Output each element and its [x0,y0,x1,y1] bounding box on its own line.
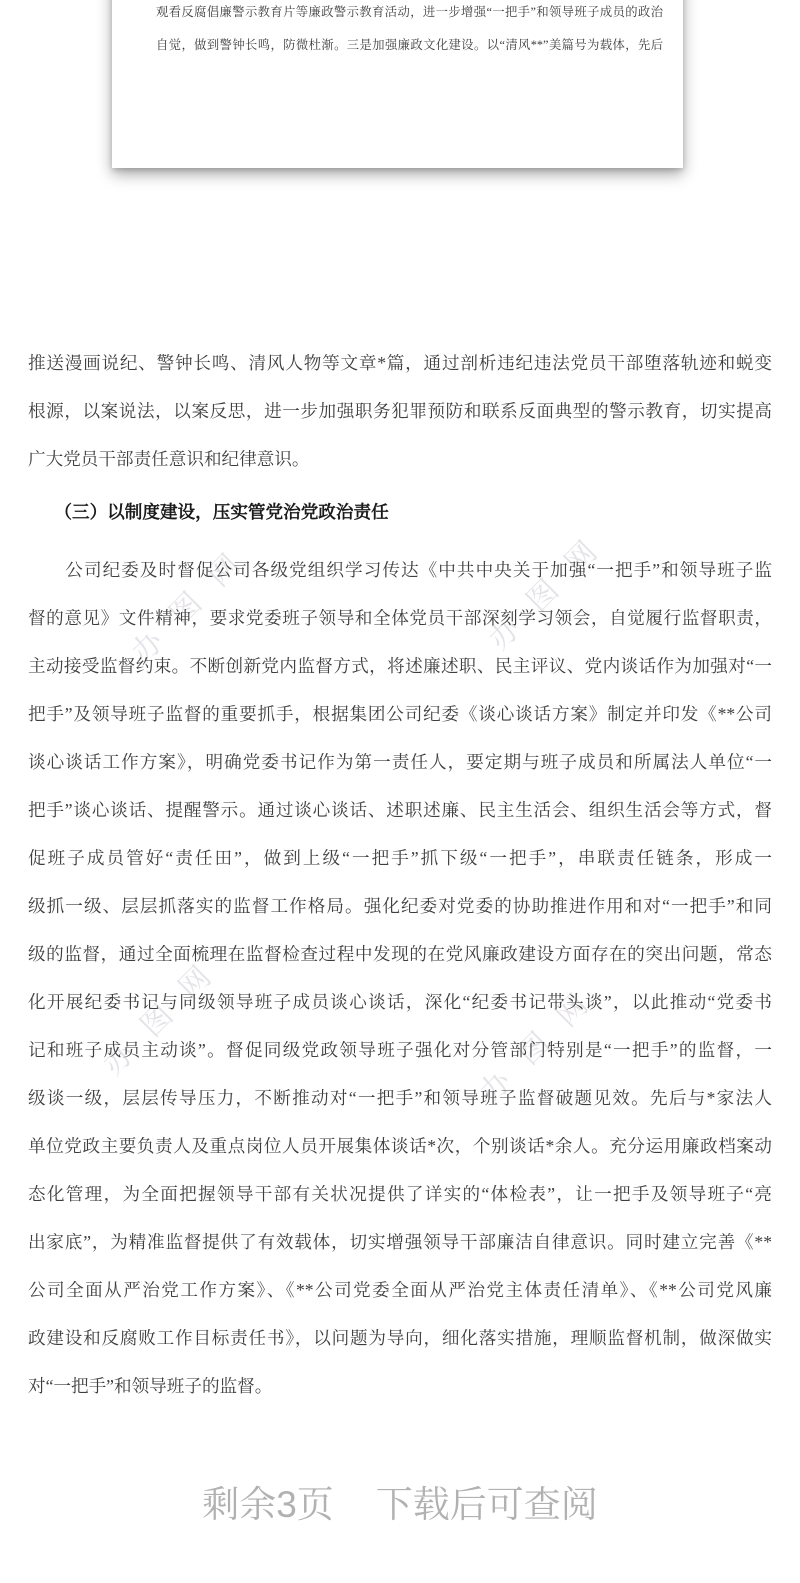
previous-page-text: 观看反腐倡廉警示教育片等廉政警示教育活动，进一步增强“一把手”和领导班子成员的政… [112,0,683,62]
document-text-line: 把手”谈心谈话、提醒警示。通过谈心谈话、述职述廉、民主生活会、组织生活会等方式，… [28,786,772,834]
document-text-line: 级谈一级，层层传导压力，不断推动对“一把手”和领导班子监督破题见效。先后与*家法… [28,1074,772,1122]
document-text-line: 态化管理，为全面把握领导干部有关状况提供了详实的“体检表”，让一把手及领导班子“… [28,1170,772,1218]
preview-text-line: 自觉，做到警钟长鸣，防微杜渐。三是加强廉政文化建设。以“清风**”美篇号为载体，… [156,29,663,62]
document-text-line: 主动接受监督约束。不断创新党内监督方式，将述廉述职、民主评议、党内谈话作为加强对… [28,642,772,690]
previous-page-card: 观看反腐倡廉警示教育片等廉政警示教育活动，进一步增强“一把手”和领导班子成员的政… [112,0,683,168]
document-text-line: 政建设和反腐败工作目标责任书》，以问题为导向，细化落实措施，理顺监督机制，做深做… [28,1314,772,1362]
document-text-line: 根源，以案说法，以案反思，进一步加强职务犯罪预防和联系反面典型的警示教育，切实提… [28,387,772,435]
document-text-line: 谈心谈话工作方案》，明确党委书记作为第一责任人，要定期与班子成员和所属法人单位“… [28,738,772,786]
document-text-line: 推送漫画说纪、警钟长鸣、清风人物等文章*篇，通过剖析违纪违法党员干部堕落轨迹和蜕… [28,339,772,387]
document-text-line: 对“一把手”和领导班子的监督。 [28,1362,772,1410]
document-text-line: 把手”及领导班子监督的重要抓手，根据集团公司纪委《谈心谈话方案》制定并印发《**… [28,690,772,738]
document-text-line: 促班子成员管好“责任田”，做到上级“一把手”抓下级“一把手”，串联责任链条，形成… [28,834,772,882]
preview-text-line: 观看反腐倡廉警示教育片等廉政警示教育活动，进一步增强“一把手”和领导班子成员的政… [156,0,663,29]
document-text-line: 化开展纪委书记与同级领导班子成员谈心谈话，深化“纪委书记带头谈”，以此推动“党委… [28,978,772,1026]
document-body: 推送漫画说纪、警钟长鸣、清风人物等文章*篇，通过剖析违纪违法党员干部堕落轨迹和蜕… [28,339,772,1410]
document-text-line: 级的监督，通过全面梳理在监督检查过程中发现的在党风廉政建设方面存在的突出问题，常… [28,930,772,978]
document-text-line: 广大党员干部责任意识和纪律意识。 [28,435,772,483]
document-text-line: 级抓一级、层层抓落实的监督工作格局。强化纪委对党委的协助推进作用和对“一把手”和… [28,882,772,930]
document-text-line: 出家底”，为精准监督提供了有效载体，切实增强领导干部廉洁自律意识。同时建立完善《… [28,1218,772,1266]
document-text-line: 记和班子成员主动谈”。督促同级党政领导班子强化对分管部门特别是“一把手”的监督，… [28,1026,772,1074]
document-text-line: 公司纪委及时督促公司各级党组织学习传达《中共中央关于加强“一把手”和领导班子监 [28,546,772,594]
document-text-line: 公司全面从严治党工作方案》、《**公司党委全面从严治党主体责任清单》、《**公司… [28,1266,772,1314]
document-text-line: 督的意见》文件精神，要求党委班子领导和全体党员干部深刻学习领会，自觉履行监督职责… [28,594,772,642]
document-text-line: （三）以制度建设，压实管党治党政治责任 [28,488,772,536]
pagination-notice: 剩余3页 下载后可查阅 [0,1482,800,1528]
remaining-pages-label: 剩余3页 [202,1482,334,1528]
download-to-view-label: 下载后可查阅 [376,1482,598,1528]
document-text-line: 单位党政主要负责人及重点岗位人员开展集体谈话*次，个别谈话*余人。充分运用廉政档… [28,1122,772,1170]
